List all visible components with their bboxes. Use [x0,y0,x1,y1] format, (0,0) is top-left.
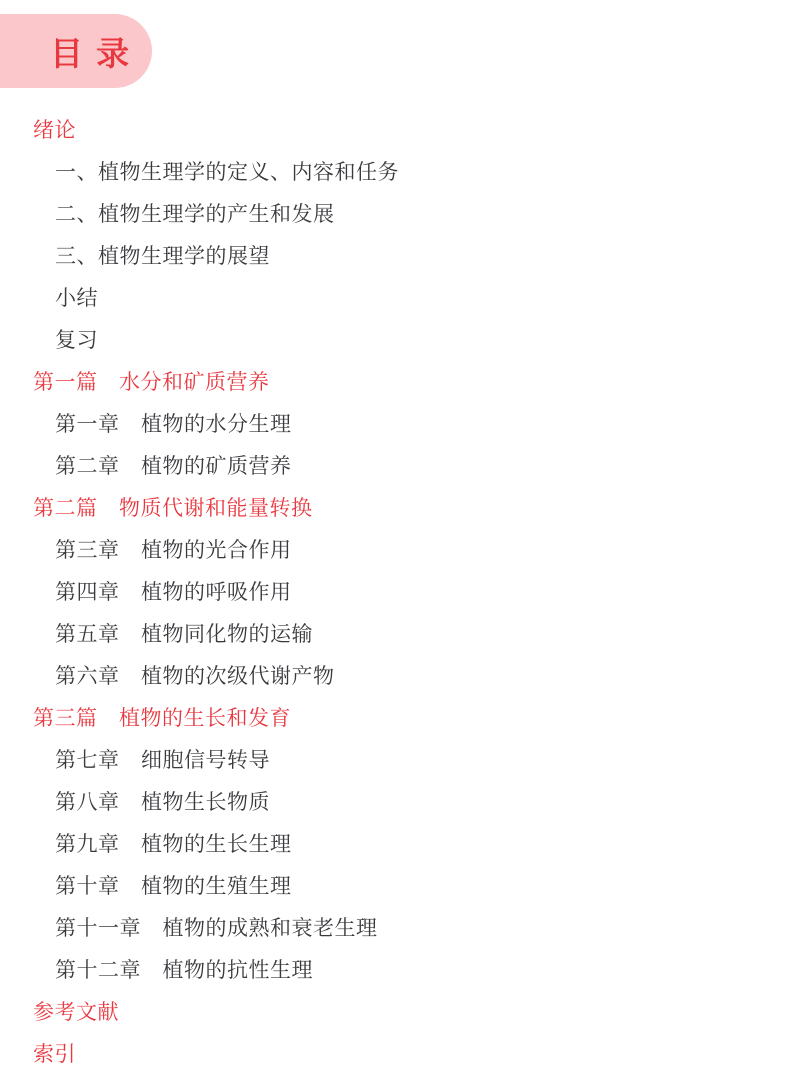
toc-entry: 复习 [33,320,770,362]
toc-list: 绪论一、植物生理学的定义、内容和任务二、植物生理学的产生和发展三、植物生理学的展… [33,110,770,1076]
toc-section-heading: 参考文献 [33,992,770,1034]
toc-entry: 三、植物生理学的展望 [33,236,770,278]
toc-entry: 第八章 植物生长物质 [33,782,770,824]
toc-entry: 第二章 植物的矿质营养 [33,446,770,488]
toc-section-heading: 第三篇 植物的生长和发育 [33,698,770,740]
toc-title-badge: 目 录 [0,14,152,88]
toc-entry: 第三章 植物的光合作用 [33,530,770,572]
toc-entry: 第四章 植物的呼吸作用 [33,572,770,614]
toc-title-text: 目 录 [0,28,131,75]
toc-entry: 一、植物生理学的定义、内容和任务 [33,152,770,194]
toc-entry: 第九章 植物的生长生理 [33,824,770,866]
toc-entry: 第十章 植物的生殖生理 [33,866,770,908]
toc-entry: 第十一章 植物的成熟和衰老生理 [33,908,770,950]
toc-entry: 第五章 植物同化物的运输 [33,614,770,656]
toc-entry: 小结 [33,278,770,320]
toc-entry: 第七章 细胞信号转导 [33,740,770,782]
toc-section-heading: 索引 [33,1034,770,1076]
toc-entry: 第六章 植物的次级代谢产物 [33,656,770,698]
toc-section-heading: 第一篇 水分和矿质营养 [33,362,770,404]
toc-section-heading: 绪论 [33,110,770,152]
toc-entry: 二、植物生理学的产生和发展 [33,194,770,236]
toc-section-heading: 第二篇 物质代谢和能量转换 [33,488,770,530]
toc-entry: 第十二章 植物的抗性生理 [33,950,770,992]
toc-entry: 第一章 植物的水分生理 [33,404,770,446]
